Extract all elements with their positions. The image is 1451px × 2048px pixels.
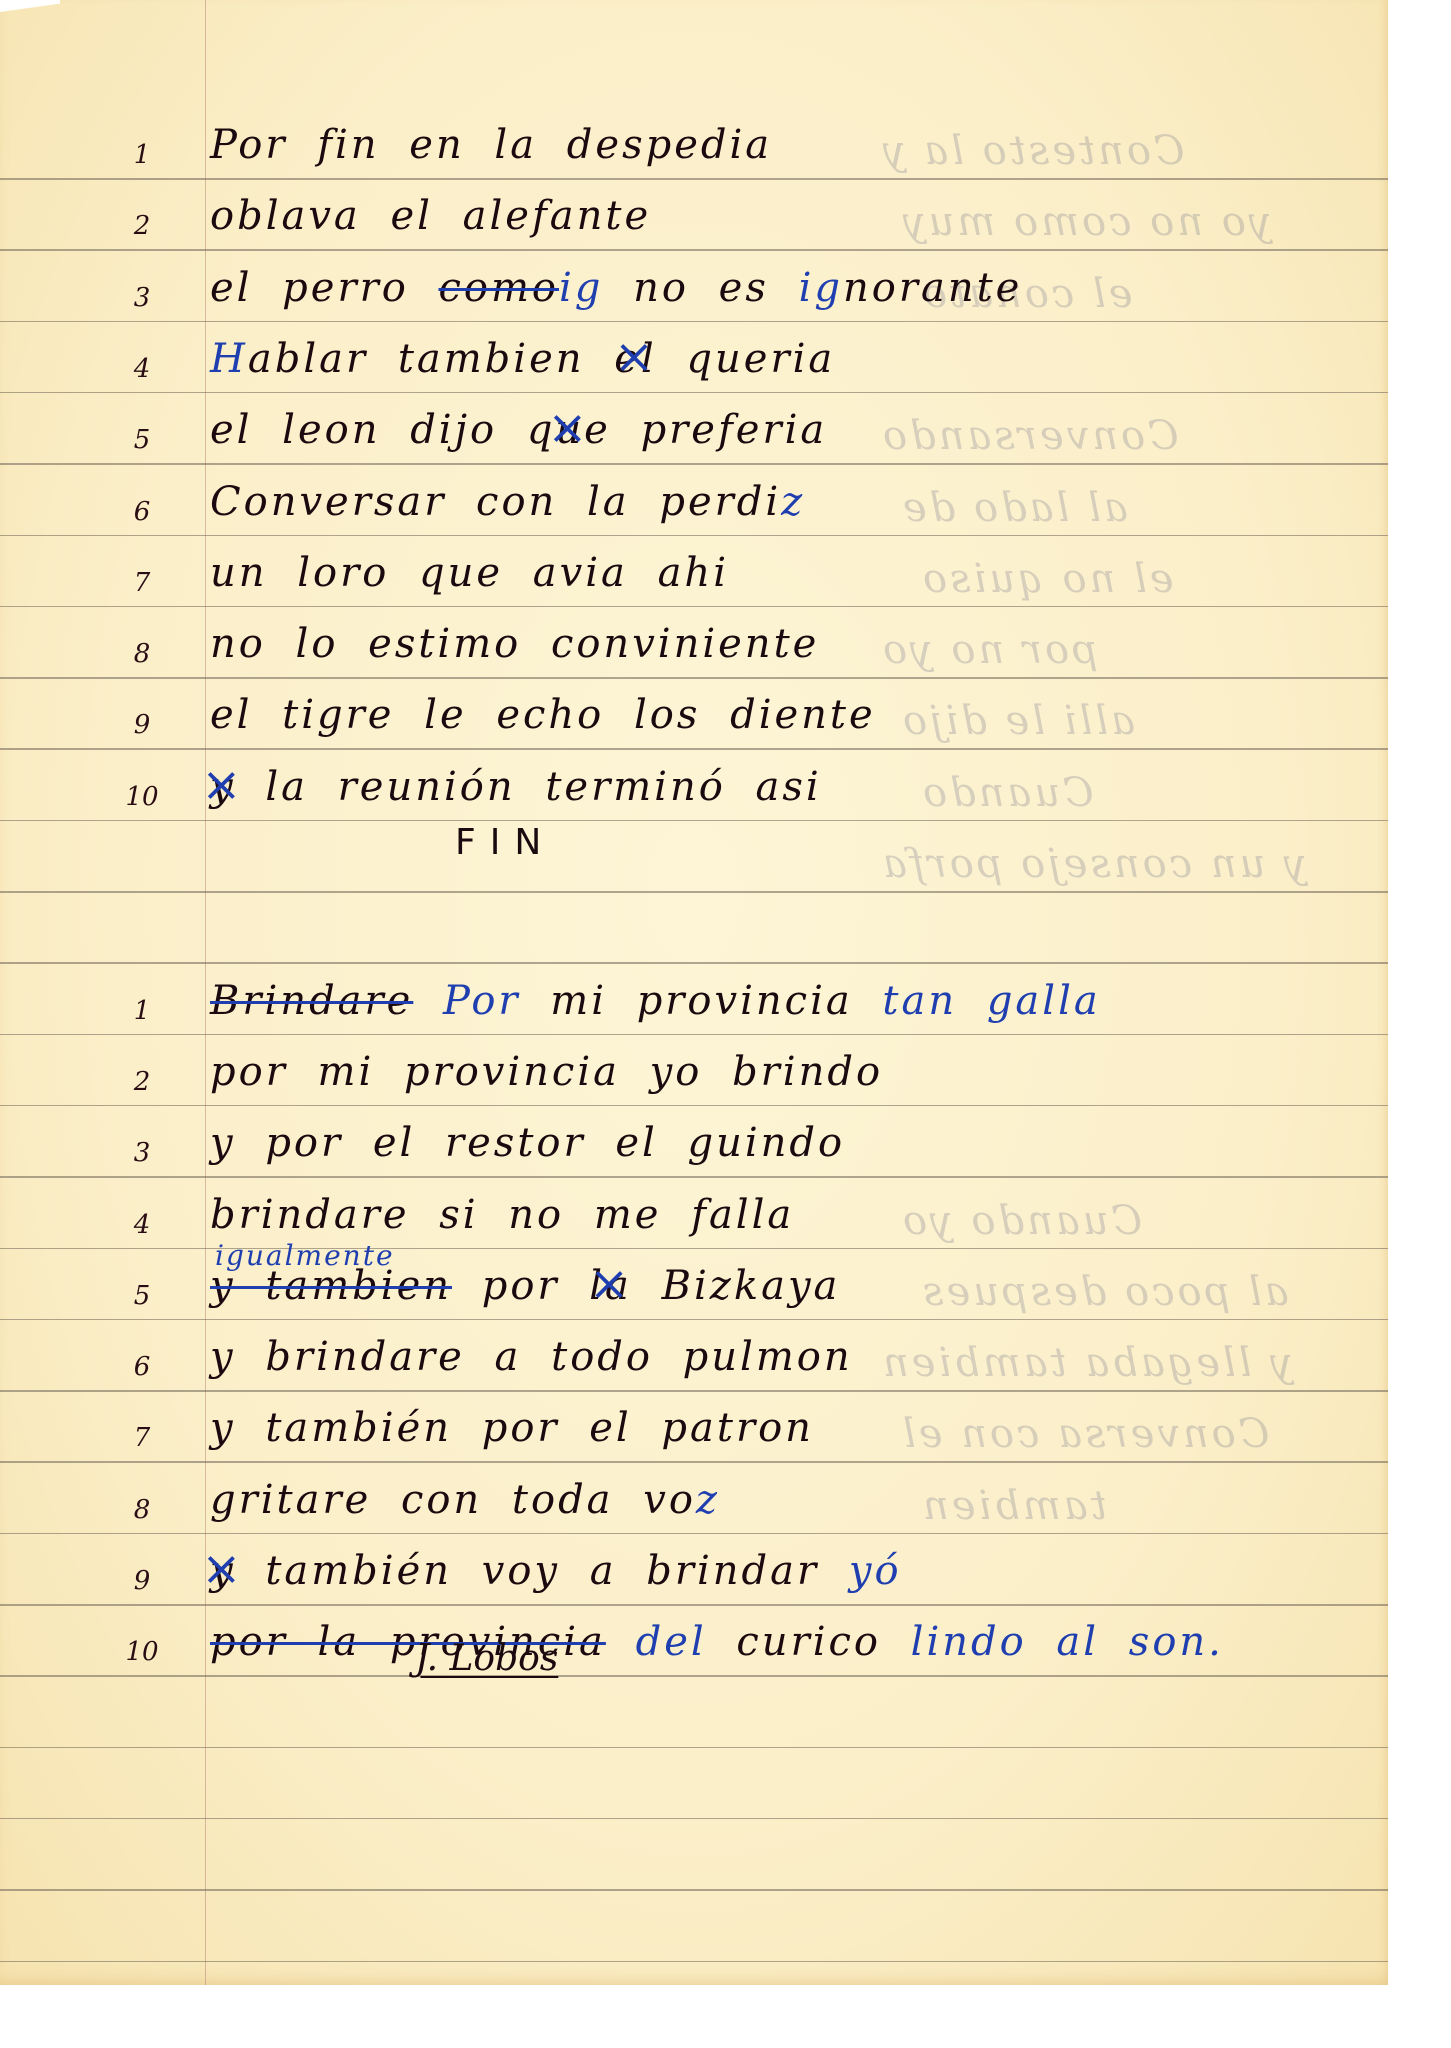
line-text-content: oblava el alefante [210,193,651,239]
poem2-line-10: 10por la provincia del curico lindo al s… [0,1603,1388,1675]
poem1-line-9: 9el tigre le echo los diente [0,676,1388,748]
ghost-line: y un consejo porfa [880,841,1307,887]
poem1-line-3: 3el perro comoig no es ignorante [0,249,1388,321]
line-number: 5 [112,425,172,455]
line-number: 7 [112,1423,172,1453]
poem1-line-6: 6Conversar con la perdiz [0,463,1388,535]
poem2-line-1: 1Brindare Por mi provincia tan galla [0,962,1388,1034]
crossed-out-text: y [210,764,236,810]
paper-sheet: Contesto la yyo no como muyel conatoConv… [0,0,1388,1985]
line-number: 4 [112,1210,172,1240]
blue-correction: Por [413,978,520,1024]
rule-line [0,891,1388,893]
line-text-content: y brindare a todo pulmon [210,1334,853,1380]
poem2-line-7: 7y también por el patron [0,1389,1388,1461]
text-segment: ablar tambien [248,336,614,382]
line-text: el tigre le echo los diente [210,692,876,738]
line-text: y brindare a todo pulmon [210,1334,853,1380]
poem2-line-8: 8gritare con toda voz [0,1461,1388,1533]
blue-correction: del [606,1619,707,1665]
inserted-correction: igualmente [215,1239,395,1272]
line-number: 2 [112,211,172,241]
text-segment: queria [657,336,836,382]
line-text: Hablar tambien el queria [210,336,835,382]
poem1-line-10: 10y la reunión terminó asi [0,748,1388,820]
text-segment: curico [707,1619,881,1665]
text-segment: el perro [210,265,439,311]
line-text: un loro que avia ahi [210,550,729,596]
text-segment: norante [843,265,1022,311]
line-number: 10 [112,782,172,812]
line-text: no lo estimo conviniente [210,621,819,667]
line-number: 10 [112,1637,172,1667]
line-text: por mi provincia yo brindo [210,1049,883,1095]
poem1-line-4: 4Hablar tambien el queria [0,320,1388,392]
line-text: Por fin en la despedia [210,122,772,168]
text-segment: preferia [611,407,827,453]
text-segment: también voy a brindar [236,1548,849,1594]
crossed-out-text: como [439,265,560,311]
poem2-line-3: 3y por el restor el guindo [0,1104,1388,1176]
line-number: 6 [112,1352,172,1382]
line-text-content: brindare si no me falla [210,1192,794,1238]
torn-corner [0,0,60,12]
rule-line [0,1747,1388,1749]
line-text-content: y también por el patron [210,1405,814,1451]
text-segment: por [452,1263,589,1309]
line-number: 4 [112,354,172,384]
poem2-line-2: 2por mi provincia yo brindo [0,1033,1388,1105]
line-number: 6 [112,497,172,527]
blue-correction: yó [849,1548,902,1594]
line-text: el perro comoig no es ignorante [210,265,1022,311]
line-text: por la provincia del curico lindo al son… [210,1619,1224,1665]
text-segment: mi provincia [521,978,853,1024]
line-text: y la reunión terminó asi [210,764,822,810]
crossed-out-text: el [614,336,656,382]
text-segment: no es [603,265,798,311]
line-text: y por el restor el guindo [210,1120,845,1166]
line-text: el leon dijo que preferia [210,407,827,453]
blue-correction: z [781,479,805,525]
line-text: Brindare Por mi provincia tan galla [210,978,1101,1024]
poem2-line-9: 9y también voy a brindar yó [0,1532,1388,1604]
poem2-line-4: 4brindare si no me falla [0,1176,1388,1248]
blue-correction: H [210,336,248,382]
poem1-line-8: 8no lo estimo conviniente [0,605,1388,677]
line-text-content: Por fin en la despedia [210,122,772,168]
rule-line [0,1889,1388,1891]
rule-line [0,1675,1388,1677]
poem2-line-5: 5y tambien por la Bizkayaigualmente [0,1247,1388,1319]
blue-correction: z [696,1477,720,1523]
line-text: y también voy a brindar yó [210,1548,902,1594]
line-number: 5 [112,1281,172,1311]
blue-correction: tan galla [853,978,1101,1024]
rule-line [0,820,1388,822]
line-text: Conversar con la perdiz [210,479,805,525]
line-text: brindare si no me falla [210,1192,794,1238]
line-number: 3 [112,1138,172,1168]
poem1-line-1: 1Por fin en la despedia [0,106,1388,178]
text-segment: Conversar con la perdi [210,479,781,525]
crossed-out-text: la [589,1263,632,1309]
poem2-line-6: 6y brindare a todo pulmon [0,1318,1388,1390]
line-number: 1 [112,996,172,1026]
line-number: 1 [112,140,172,170]
blue-correction: lindo al son. [881,1619,1224,1665]
line-text: gritare con toda voz [210,1477,720,1523]
line-number: 7 [112,568,172,598]
line-number: 9 [112,710,172,740]
line-text-content: el tigre le echo los diente [210,692,876,738]
line-text-content: no lo estimo conviniente [210,621,819,667]
end-mark: FIN [455,822,555,863]
signature: J. Lobos [415,1638,558,1679]
line-text-content: y por el restor el guindo [210,1120,845,1166]
poem1-line-5: 5el leon dijo que preferia [0,391,1388,463]
blue-correction: ig [559,265,603,311]
line-number: 2 [112,1067,172,1097]
line-text-content: un loro que avia ahi [210,550,729,596]
poem1-line-7: 7un loro que avia ahi [0,534,1388,606]
line-text-content: por mi provincia yo brindo [210,1049,883,1095]
text-segment: el leon dijo [210,407,527,453]
line-number: 8 [112,639,172,669]
text-segment: la reunión terminó asi [236,764,822,810]
crossed-out-text: y [210,1548,236,1594]
crossed-out-text: que [527,407,611,453]
line-text: oblava el alefante [210,193,651,239]
crossed-out-text: Brindare [210,978,413,1024]
text-segment: Bizkaya [632,1263,841,1309]
rule-line [0,1961,1388,1963]
line-number: 8 [112,1495,172,1525]
line-number: 3 [112,283,172,313]
rule-line [0,1818,1388,1820]
text-segment: gritare con toda vo [210,1477,696,1523]
line-number: 9 [112,1566,172,1596]
line-text: y también por el patron [210,1405,814,1451]
poem1-line-2: 2oblava el alefante [0,177,1388,249]
blue-correction: ig [799,265,843,311]
